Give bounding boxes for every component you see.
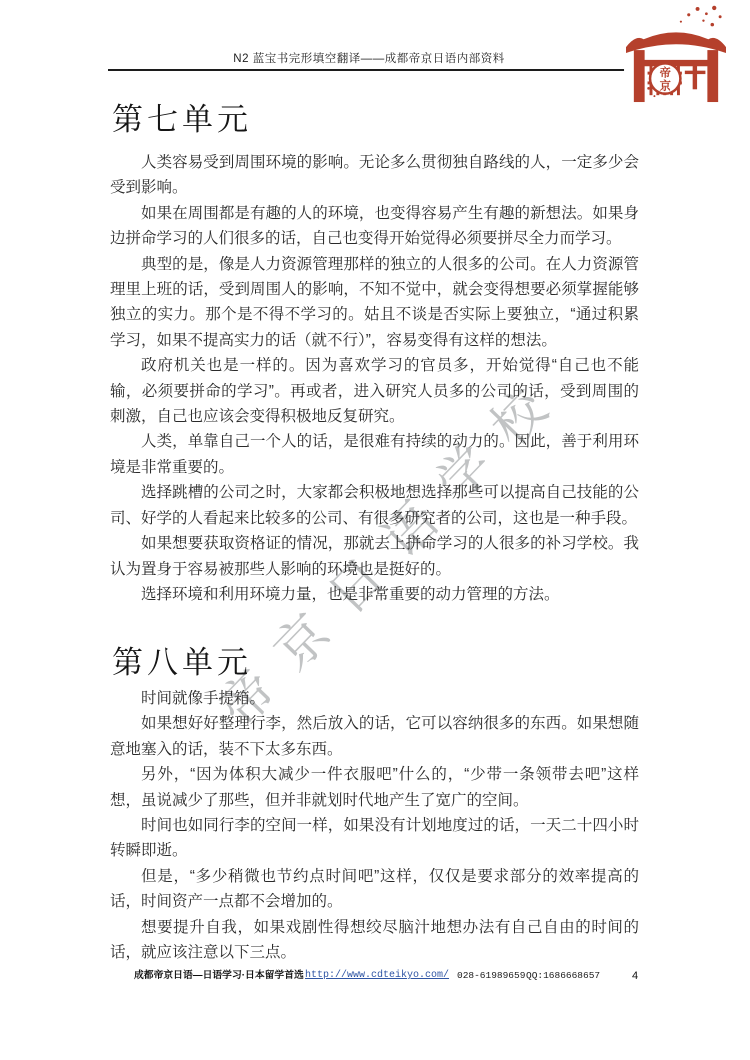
paragraph: 典型的是，像是人力资源管理那样的独立的人很多的公司。在人力资源管理里上班的话，受… [110, 252, 639, 354]
paragraph: 另外，“因为体积大减少一件衣服吧”什么的，“少带一条领带去吧”这样想，虽说减少了… [110, 762, 639, 813]
logo-seal-char-top: 帝 [660, 66, 672, 80]
section-body-unit8: 时间就像手提箱。 如果想好好整理行李，然后放入的话，它可以容纳很多的东西。如果想… [110, 686, 639, 965]
paragraph: 政府机关也是一样的。因为喜欢学习的官员多，开始觉得“自己也不能输，必须要拼命的学… [110, 353, 639, 429]
header-rule [108, 69, 630, 71]
footer-qq: QQ:1686668657 [526, 969, 600, 983]
paragraph: 人类容易受到周围环境的影响。无论多么贯彻独自路线的人，一定多少会受到影响。 [110, 150, 639, 201]
paragraph: 但是，“多少稍微也节约点时间吧”这样，仅仅是要求部分的效率提高的话，时间资产一点… [110, 864, 639, 915]
paragraph: 想要提升自我，如果戏剧性得想绞尽脑汁地想办法有自己自由的时间的话，就应该注意以下… [110, 915, 639, 966]
paragraph: 时间也如同行李的空间一样，如果没有计划地度过的话，一天二十四小时转瞬即逝。 [110, 813, 639, 864]
sakura-petals-icon [680, 6, 722, 27]
paragraph: 如果想好好整理行李，然后放入的话，它可以容纳很多的东西。如果想随意地塞入的话，装… [110, 711, 639, 762]
header-doc-title: N2 蓝宝书完形填空翻译——成都帝京日语内部资料 [108, 50, 630, 66]
teikyo-torii-logo-icon: 帝 京 [624, 4, 728, 104]
footer-phone: 028-61989659 [457, 969, 525, 983]
page-number: 4 [632, 969, 638, 983]
document-page: 帝京日语学校 N2 蓝宝书完形填空翻译——成都帝京日语内部资料 [0, 0, 750, 1060]
paragraph: 选择环境和利用环境力量，也是非常重要的动力管理的方法。 [110, 582, 639, 607]
section-body-unit7: 人类容易受到周围环境的影响。无论多么贯彻独自路线的人，一定多少会受到影响。 如果… [110, 150, 639, 607]
logo-seal-char-bottom: 京 [660, 78, 672, 92]
page-footer: 成都帝京日语—日语学习·日本留学首选 http://www.cdteikyo.c… [0, 969, 750, 985]
paragraph: 时间就像手提箱。 [110, 686, 639, 711]
footer-url-link[interactable]: http://www.cdteikyo.com/ [305, 969, 449, 983]
logo-seal: 帝 京 [650, 63, 680, 93]
paragraph: 如果想要获取资格证的情况，那就去上拼命学习的人很多的补习学校。我认为置身于容易被… [110, 531, 639, 582]
paragraph: 人类，单靠自己一个人的话，是很难有持续的动力的。因此，善于利用环境是非常重要的。 [110, 429, 639, 480]
section-title-unit7: 第七单元 [112, 103, 252, 137]
paragraph: 如果在周围都是有趣的人的环境，也变得容易产生有趣的新想法。如果身边拼命学习的人们… [110, 201, 639, 252]
section-title-unit8: 第八单元 [112, 646, 252, 680]
paragraph: 选择跳槽的公司之时，大家都会积极地想选择那些可以提高自己技能的公司、好学的人看起… [110, 480, 639, 531]
footer-brand-text: 成都帝京日语—日语学习·日本留学首选 [134, 969, 304, 983]
